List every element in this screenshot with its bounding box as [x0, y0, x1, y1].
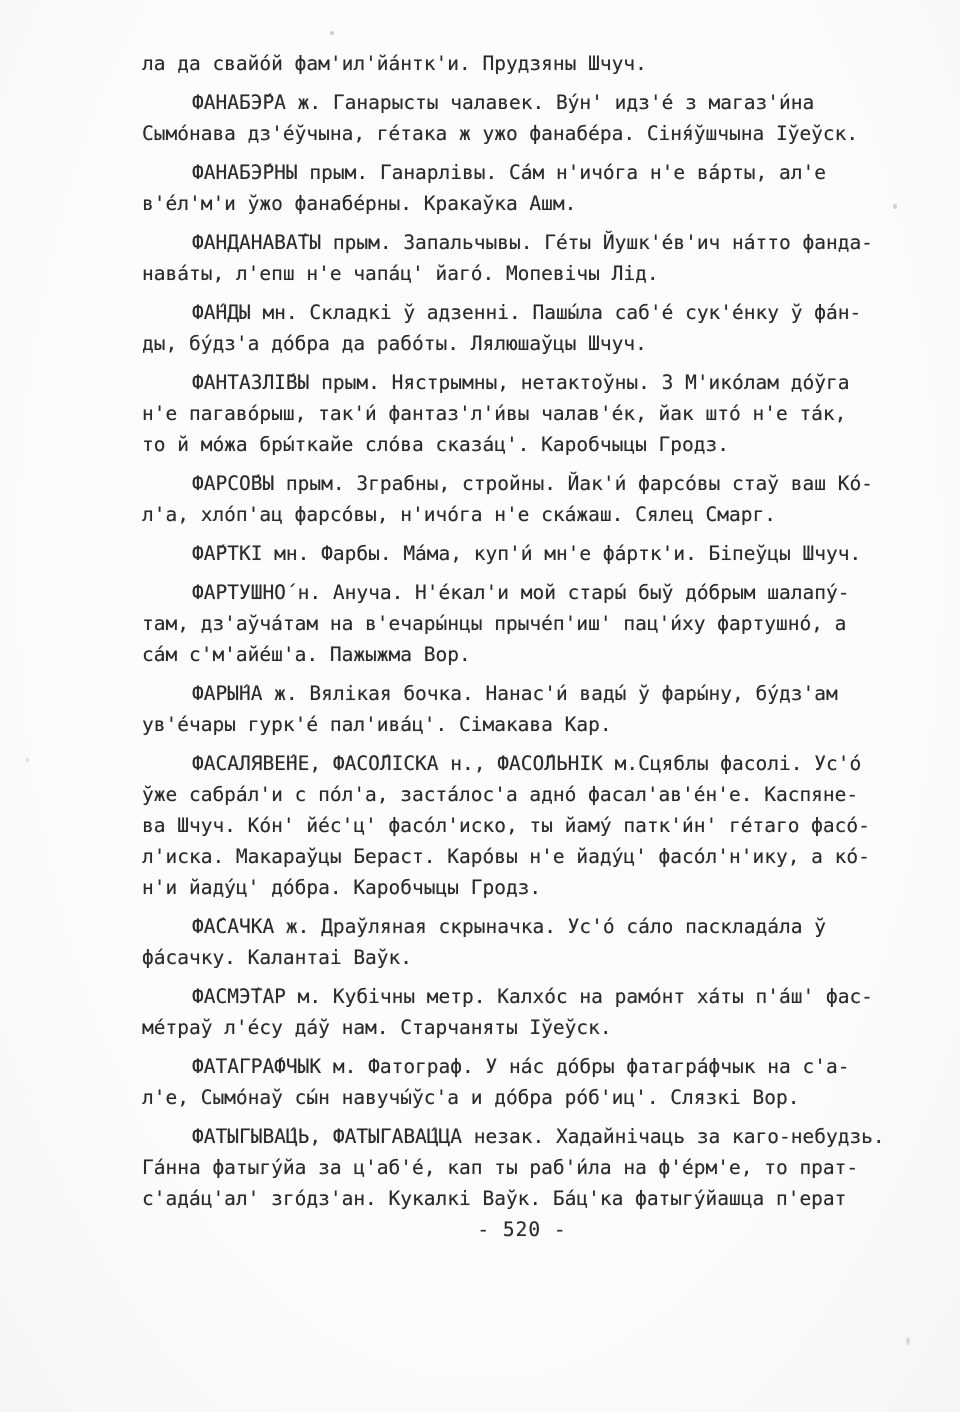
dictionary-entry-fartushno: ФАРТУШНО́ н. Ануча. Н'е́кал'и мой стары́… [142, 577, 902, 670]
scan-speck [906, 1337, 910, 1345]
page-number: - 520 - [142, 1214, 902, 1245]
dictionary-entry-fandy: ФА́НДЫ мн. Складкі ў адзенні. Пашы́ла са… [142, 297, 902, 359]
dictionary-entry-farsovy: ФАРСО́ВЫ прым. Зграбны, стройны. Йак'и́ … [142, 468, 902, 530]
dictionary-entry-fantazlivy: ФАНТАЗЛІ́ВЫ прым. Нястрымны, нетактоўны.… [142, 367, 902, 460]
dictionary-entry-fatygyvats: ФАТЫГЫВА́ЦЬ, ФАТЫГАВА́ЦЦА незак. Хадайні… [142, 1121, 902, 1214]
page-text-block: ла да свайо́й фам'ил'йа́нтк'и. Прудзяны … [0, 48, 960, 1245]
dictionary-entry-fasmetar: ФАСМЭ́ТАР м. Кубічны метр. Калхо́с на ра… [142, 981, 902, 1043]
dictionary-entry-fasalyavene: ФАСАЛЯВЕ́НЕ, ФАСО́ЛІСКА н., ФАСО́ЛЬНІК м… [142, 748, 902, 903]
dictionary-entry-fatagrafchyk: ФАТАГРА́ФЧЫК м. Фатограф. У на́с до́бры … [142, 1051, 902, 1113]
dictionary-entry-fanabera: ФАНАБЭ́РА ж. Ганарысты чалавек. Ву́н' ид… [142, 87, 902, 149]
scan-speck [330, 31, 334, 35]
dictionary-entry-fandanavaty: ФАНДАНАВА́ТЫ прым. Запальчывы. Ге́ты Йуш… [142, 227, 902, 289]
dictionary-entry-fasachka: ФА́САЧКА ж. Драўляная скрыначка. Ус'о́ с… [142, 911, 902, 973]
scanned-page: ла да свайо́й фам'ил'йа́нтк'и. Прудзяны … [0, 0, 960, 1412]
continuation-text: ла да свайо́й фам'ил'йа́нтк'и. Прудзяны … [142, 48, 902, 79]
dictionary-entry-fartki: ФА́РТКІ мн. Фарбы. Ма́ма, куп'и́ мн'е фа… [142, 538, 902, 569]
dictionary-entry-fanaberny: ФАНАБЭ́РНЫ прым. Ганарлівы. Са́м н'ичо́г… [142, 157, 902, 219]
dictionary-entry-faryna: ФАРЫ́НА ж. Вялікая бочка. Нанас'и́ вады́… [142, 678, 902, 740]
